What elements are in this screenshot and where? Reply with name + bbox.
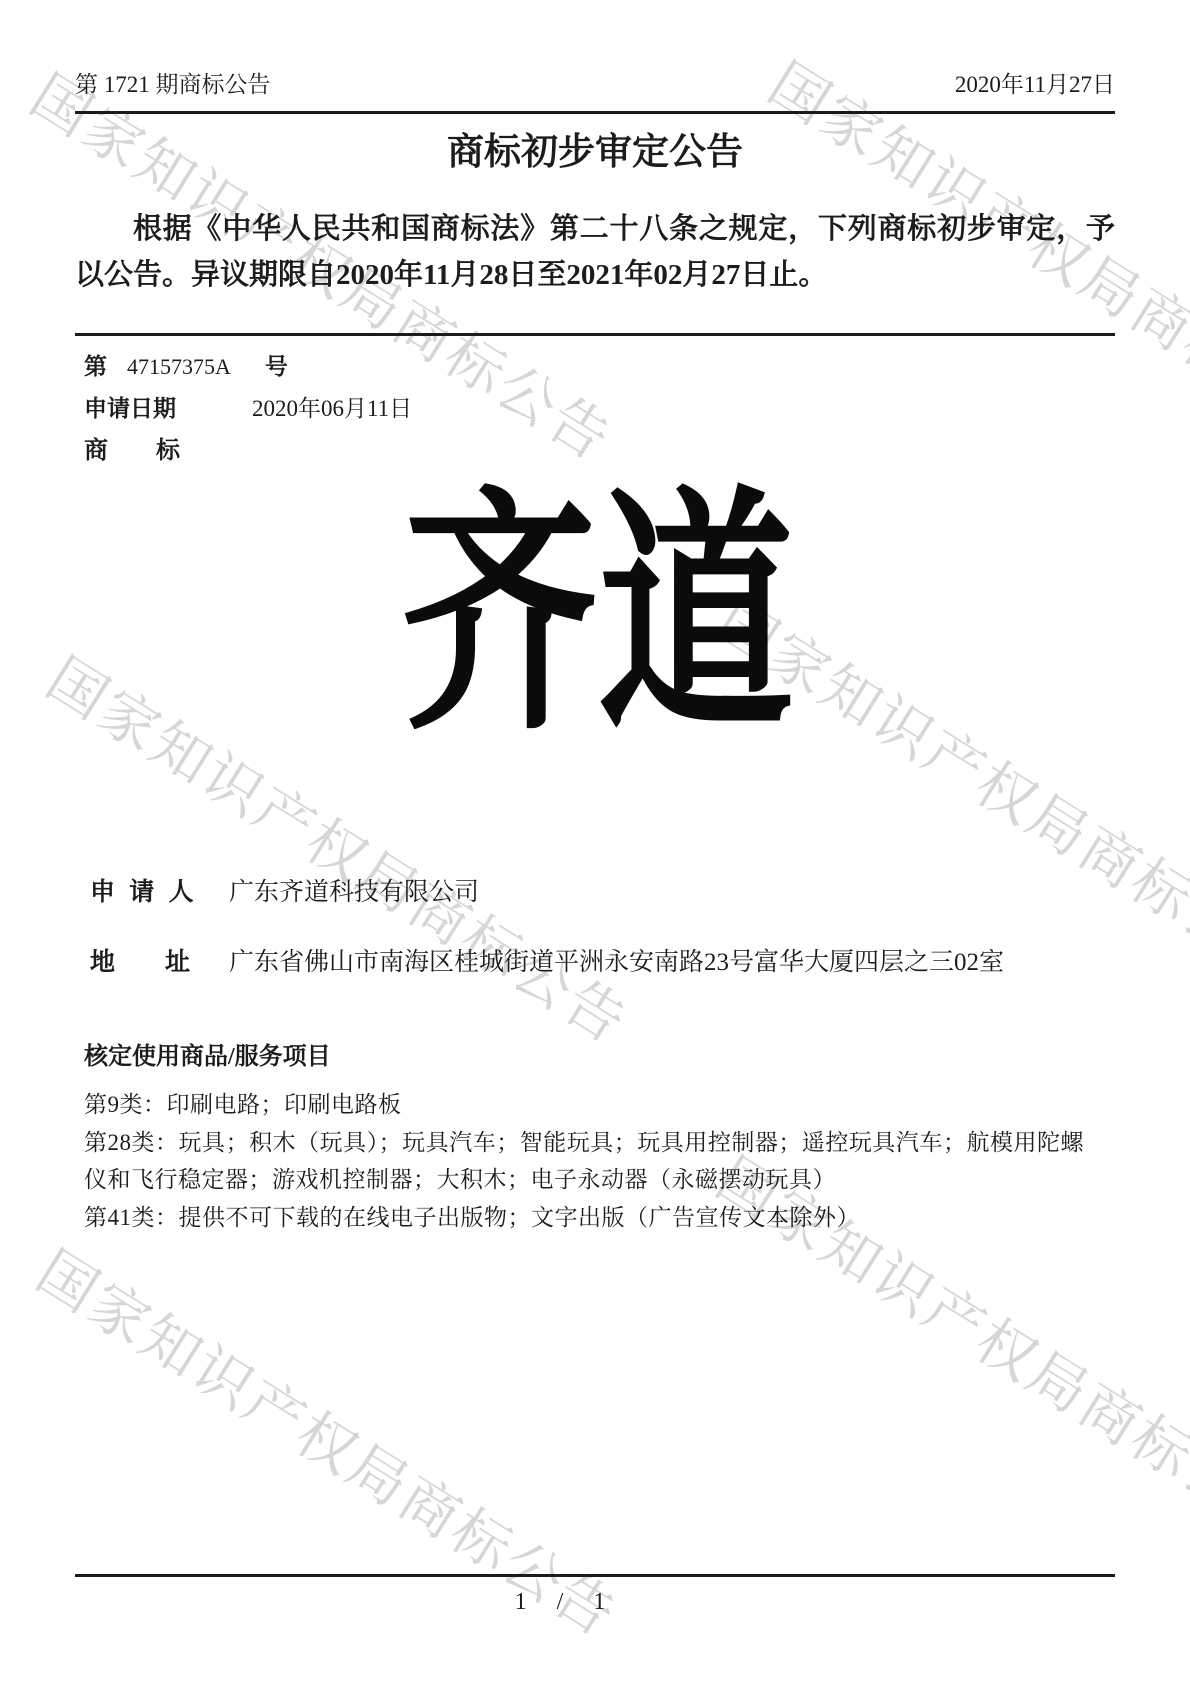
intro-paragraph: 根据《中华人民共和国商标法》第二十八条之规定，下列商标初步审定，予以公告。异议期… [75, 206, 1115, 298]
applicant-name: 广东齐道科技有限公司 [229, 872, 479, 908]
header-divider [75, 111, 1115, 114]
publication-date: 2020年11月27日 [955, 72, 1115, 97]
application-date-label: 申请日期 [84, 396, 176, 421]
applicant-label: 申 请 人 [90, 872, 215, 908]
goods-item-class28: 第28类：玩具；积木（玩具）；玩具汽车；智能玩具；玩具用控制器；遥控玩具汽车；航… [84, 1124, 1084, 1199]
registration-number: 47157375A [127, 354, 231, 379]
address-label: 地 址 [90, 942, 215, 978]
page-indicator: 1/1 [75, 1589, 1045, 1616]
page-total: 1 [593, 1589, 605, 1615]
gazette-page: 国家知识产权局商标公告 国家知识产权局商标公告 国家知识产权局商标公告 国家知识… [0, 0, 1190, 1684]
registration-number-row: 第47157375A号 [84, 348, 288, 381]
footer-divider [75, 1574, 1115, 1577]
trademark-text: 齐道 [402, 486, 794, 744]
registration-number-suffix: 号 [265, 354, 288, 379]
trademark-label: 商 标 [84, 430, 180, 465]
applicant-row: 申 请 人广东齐道科技有限公司 [90, 872, 479, 908]
goods-list: 第9类：印刷电路；印刷电路板 第28类：玩具；积木（玩具）；玩具汽车；智能玩具；… [84, 1086, 1084, 1236]
application-date-row: 申请日期2020年06月11日 [84, 390, 412, 423]
address-row: 地 址广东省佛山市南海区桂城街道平洲永安南路23号富华大厦四层之三02室 [90, 942, 1004, 978]
page-header: 第 1721 期商标公告 2020年11月27日 [75, 72, 1115, 97]
page-current: 1 [515, 1589, 527, 1615]
page-separator: / [557, 1589, 564, 1615]
goods-item-class9: 第9类：印刷电路；印刷电路板 [84, 1086, 1084, 1124]
goods-heading: 核定使用商品/服务项目 [84, 1036, 331, 1071]
document-title: 商标初步审定公告 [75, 133, 1115, 174]
address-value: 广东省佛山市南海区桂城街道平洲永安南路23号富华大厦四层之三02室 [229, 942, 1004, 978]
section-divider [75, 333, 1115, 336]
issue-number: 第 1721 期商标公告 [75, 72, 271, 97]
registration-number-prefix: 第 [84, 354, 107, 379]
goods-item-class41: 第41类：提供不可下载的在线电子出版物；文字出版（广告宣传文本除外） [84, 1199, 1084, 1237]
application-date-value: 2020年06月11日 [252, 396, 412, 421]
